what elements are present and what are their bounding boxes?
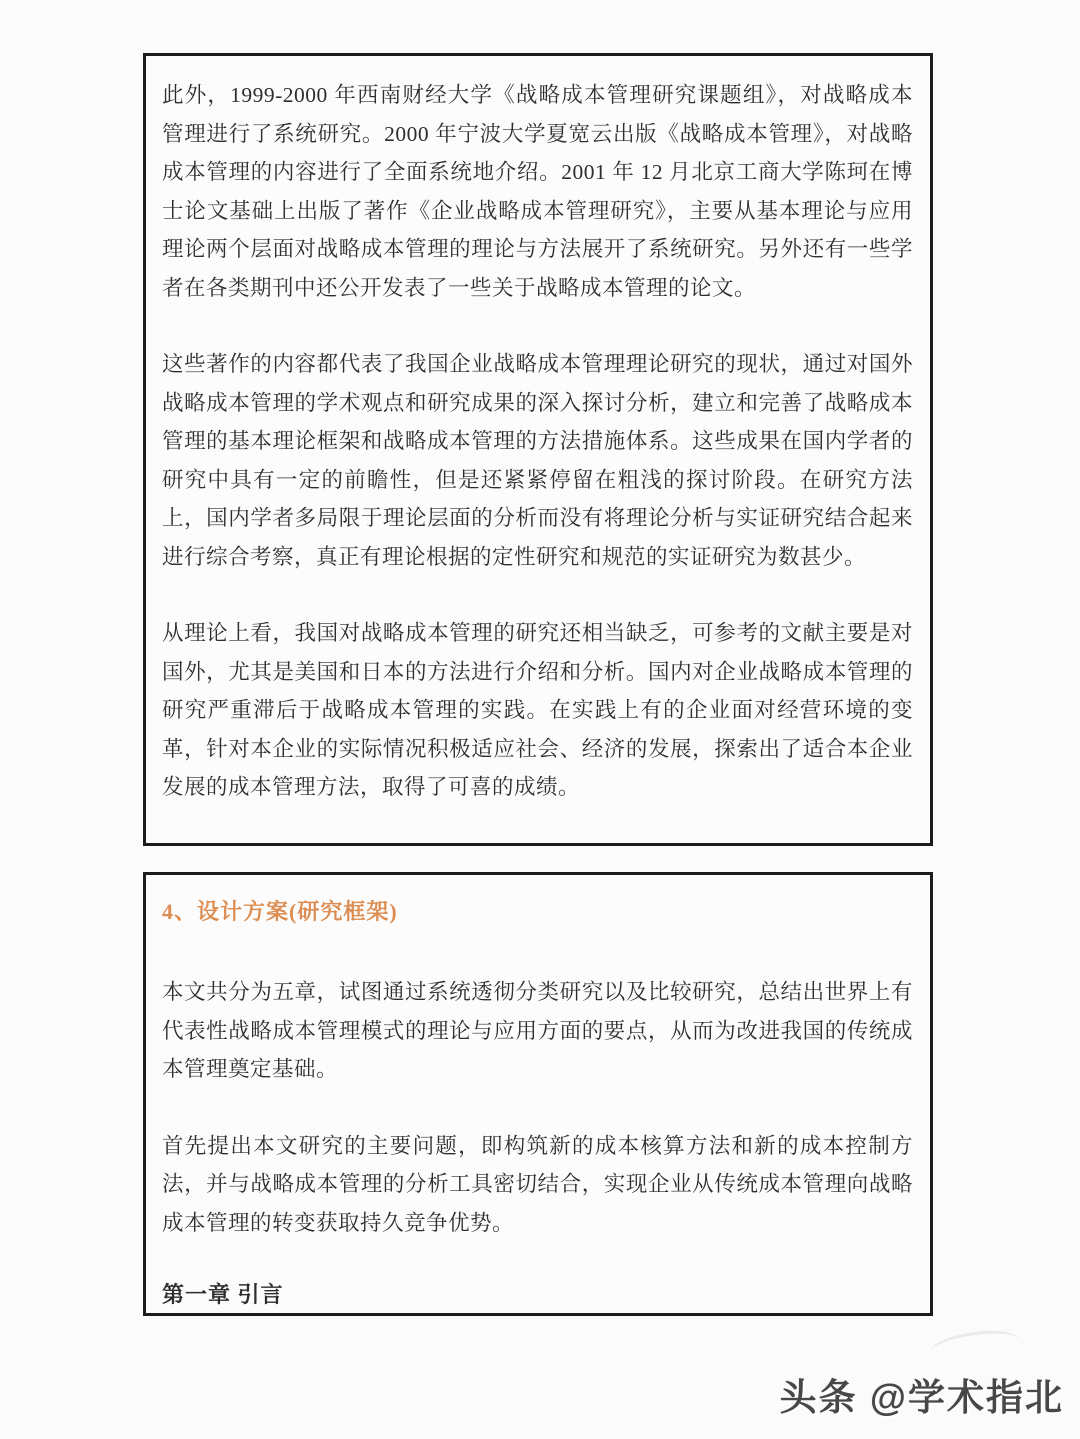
paragraph-five-chapters: 本文共分为五章，试图通过系统透彻分类研究以及比较研究，总结出世界上有代表性战略成… (162, 973, 913, 1089)
chapter-one-title: 第一章 引言 (162, 1280, 913, 1310)
photo-artifact (928, 1326, 1021, 1367)
paragraph-main-questions: 首先提出本文研究的主要问题，即构筑新的成本核算方法和新的成本控制方法，并与战略成… (162, 1127, 913, 1243)
watermark-toutiao: 头条 @学术指北 (780, 1367, 1064, 1421)
design-plan-box: 4、设计方案(研究框架) 本文共分为五章，试图通过系统透彻分类研究以及比较研究，… (143, 872, 933, 1316)
paragraph-domestic-works: 此外，1999-2000 年西南财经大学《战略成本管理研究课题组》，对战略成本管… (162, 76, 913, 307)
paragraph-theory-gap: 从理论上看，我国对战略成本管理的研究还相当缺乏，可参考的文献主要是对国外，尤其是… (162, 614, 913, 807)
paragraph-research-status: 这些著作的内容都代表了我国企业战略成本管理理论研究的现状，通过对国外战略成本管理… (162, 345, 913, 576)
section-heading-design-plan: 4、设计方案(研究框架) (162, 897, 913, 927)
literature-review-box: 此外，1999-2000 年西南财经大学《战略成本管理研究课题组》，对战略成本管… (143, 53, 933, 846)
